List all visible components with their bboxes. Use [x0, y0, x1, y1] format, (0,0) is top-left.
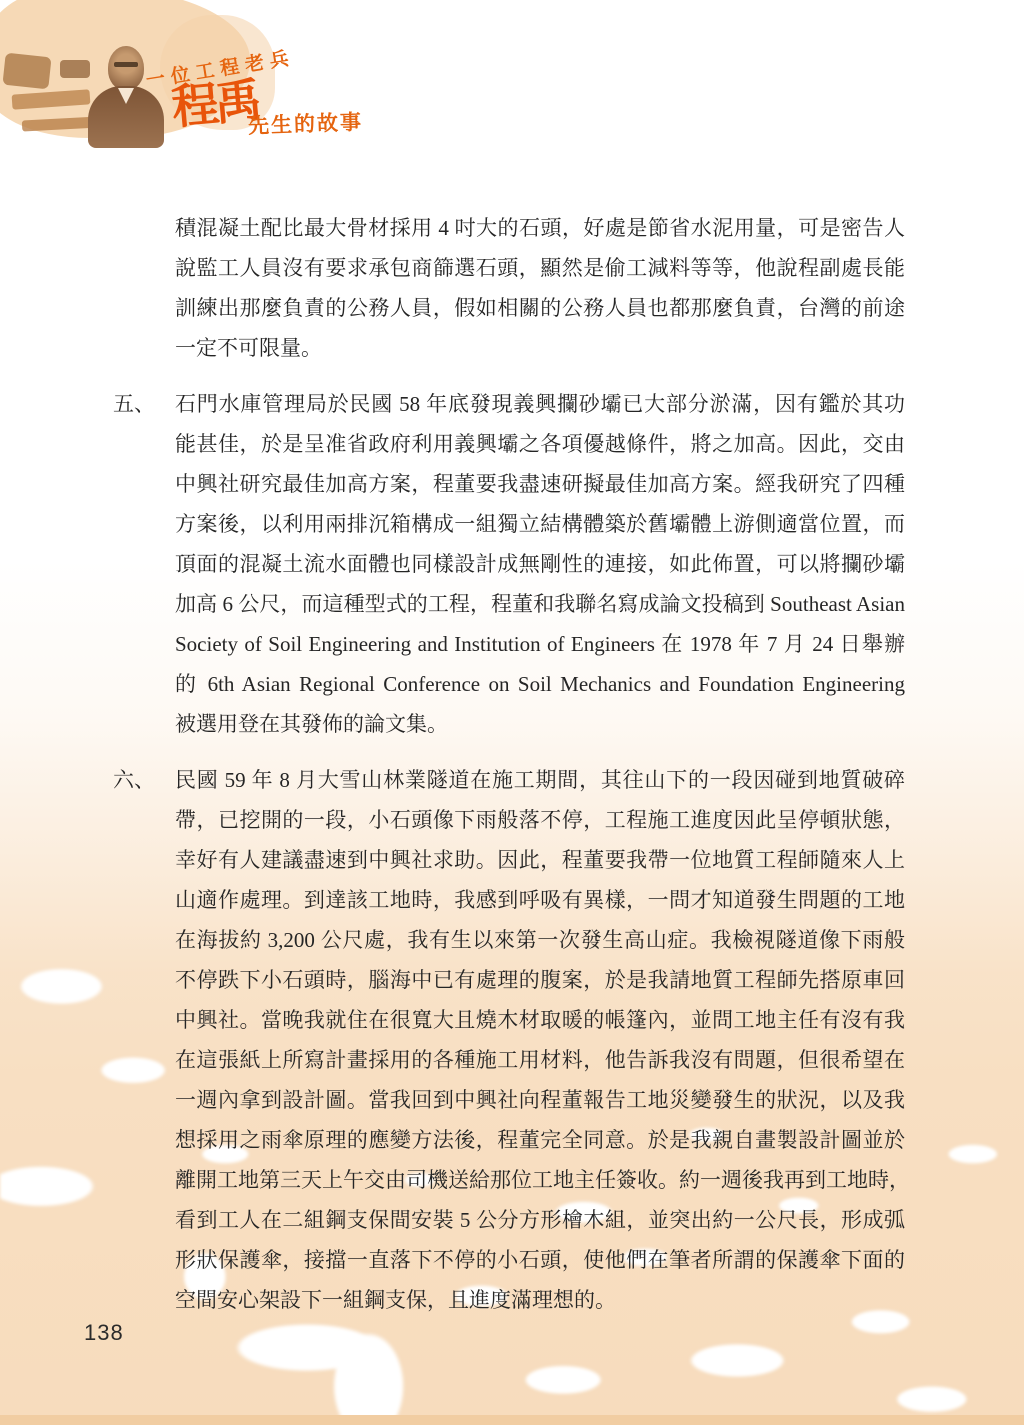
text-line: 說監工人員沒有要求承包商篩選石頭，顯然是偷工減料等等，他說程副處長能	[175, 248, 905, 288]
paragraph: 五、石門水庫管理局於民國 58 年底發現義興攔砂壩已大部分淤滿，因有鑑於其功能甚…	[175, 384, 905, 744]
text-line: 山適作處理。到達該工地時，我感到呼吸有異樣，一問才知道發生問題的工地	[175, 880, 905, 920]
content: 積混凝土配比最大骨材採用 4 吋大的石頭，好處是節省水泥用量，可是密告人說監工人…	[175, 208, 905, 1336]
text-line: 帶，已挖開的一段，小石頭像下雨般落不停，工程施工進度因此呈停頓狀態，	[175, 800, 905, 840]
dam-structure-shape	[2, 53, 51, 90]
text-line: 訓練出那麼負責的公務人員，假如相關的公務人員也都那麼負責，台灣的前途	[175, 288, 905, 328]
page-number: 138	[84, 1320, 124, 1346]
book-title-suffix: 先生的故事	[248, 106, 364, 140]
portrait-glasses	[114, 62, 138, 67]
text-line: 不停跌下小石頭時，腦海中已有處理的腹案，於是我請地質工程師先搭原車回	[175, 960, 905, 1000]
text-line: 積混凝土配比最大骨材採用 4 吋大的石頭，好處是節省水泥用量，可是密告人	[175, 208, 905, 248]
text-line: 離開工地第三天上午交由司機送給那位工地主任簽收。約一週後我再到工地時，	[175, 1160, 905, 1200]
text-line: 中興社研究最佳加高方案，程董要我盡速研擬最佳加高方案。經我研究了四種	[175, 464, 905, 504]
text-line: 民國 59 年 8 月大雪山林業隧道在施工期間，其往山下的一段因碰到地質破碎	[175, 760, 905, 800]
list-item-marker: 六、	[113, 760, 173, 800]
portrait-head	[108, 46, 144, 90]
text-line: 想採用之雨傘原理的應變方法後，程董完全同意。於是我親自畫製設計圖並於	[175, 1120, 905, 1160]
text-line: 形狀保護傘，接擋一直落下不停的小石頭，使他們在筆者所謂的保護傘下面的	[175, 1240, 905, 1280]
paragraph: 六、民國 59 年 8 月大雪山林業隧道在施工期間，其往山下的一段因碰到地質破碎…	[175, 760, 905, 1320]
text-line: Society of Soil Engineering and Institut…	[175, 624, 905, 664]
text-line: 在這張紙上所寫計畫採用的各種施工用材料，他告訴我沒有問題，但很希望在	[175, 1040, 905, 1080]
text-line: 加高 6 公尺，而這種型式的工程，程董和我聯名寫成論文投稿到 Southeast…	[175, 584, 905, 624]
text-line: 空間安心架設下一組鋼支保，且進度滿理想的。	[175, 1280, 905, 1320]
text-line: 一定不可限量。	[175, 328, 905, 368]
page-bottom-edge-strip	[0, 1415, 1024, 1425]
book-page: 一位工程老兵 程禹 先生的故事 積混凝土配比最大骨材採用 4 吋大的石頭，好處是…	[0, 0, 1024, 1425]
text-line: 的 6th Asian Regional Conference on Soil …	[175, 664, 905, 704]
text-line: 看到工人在二組鋼支保間安裝 5 公分方形檜木組，並突出約一公尺長，形成弧	[175, 1200, 905, 1240]
text-line: 幸好有人建議盡速到中興社求助。因此，程董要我帶一位地質工程師隨來人上	[175, 840, 905, 880]
text-line: 頂面的混凝土流水面體也同樣設計成無剛性的連接，如此佈置，可以將攔砂壩	[175, 544, 905, 584]
dam-structure-shape	[60, 60, 90, 78]
paragraph: 積混凝土配比最大骨材採用 4 吋大的石頭，好處是節省水泥用量，可是密告人說監工人…	[175, 208, 905, 368]
book-title-name: 程禹	[170, 78, 260, 132]
text-line: 方案後，以利用兩排沉箱構成一組獨立結構體築於舊壩體上游側適當位置，而	[175, 504, 905, 544]
list-item-marker: 五、	[113, 384, 173, 424]
text-line: 能甚佳，於是呈准省政府利用義興壩之各項優越條件，將之加高。因此，交由	[175, 424, 905, 464]
text-line: 中興社。當晚我就住在很寬大且燒木材取暖的帳篷內，並問工地主任有沒有我	[175, 1000, 905, 1040]
text-line: 在海拔約 3,200 公尺處，我有生以來第一次發生高山症。我檢視隧道像下雨般	[175, 920, 905, 960]
portrait-collar	[118, 88, 134, 104]
text-line: 一週內拿到設計圖。當我回到中興社向程董報告工地災變發生的狀況，以及我	[175, 1080, 905, 1120]
text-line: 石門水庫管理局於民國 58 年底發現義興攔砂壩已大部分淤滿，因有鑑於其功	[175, 384, 905, 424]
text-line: 被選用登在其發佈的論文集。	[175, 704, 905, 744]
